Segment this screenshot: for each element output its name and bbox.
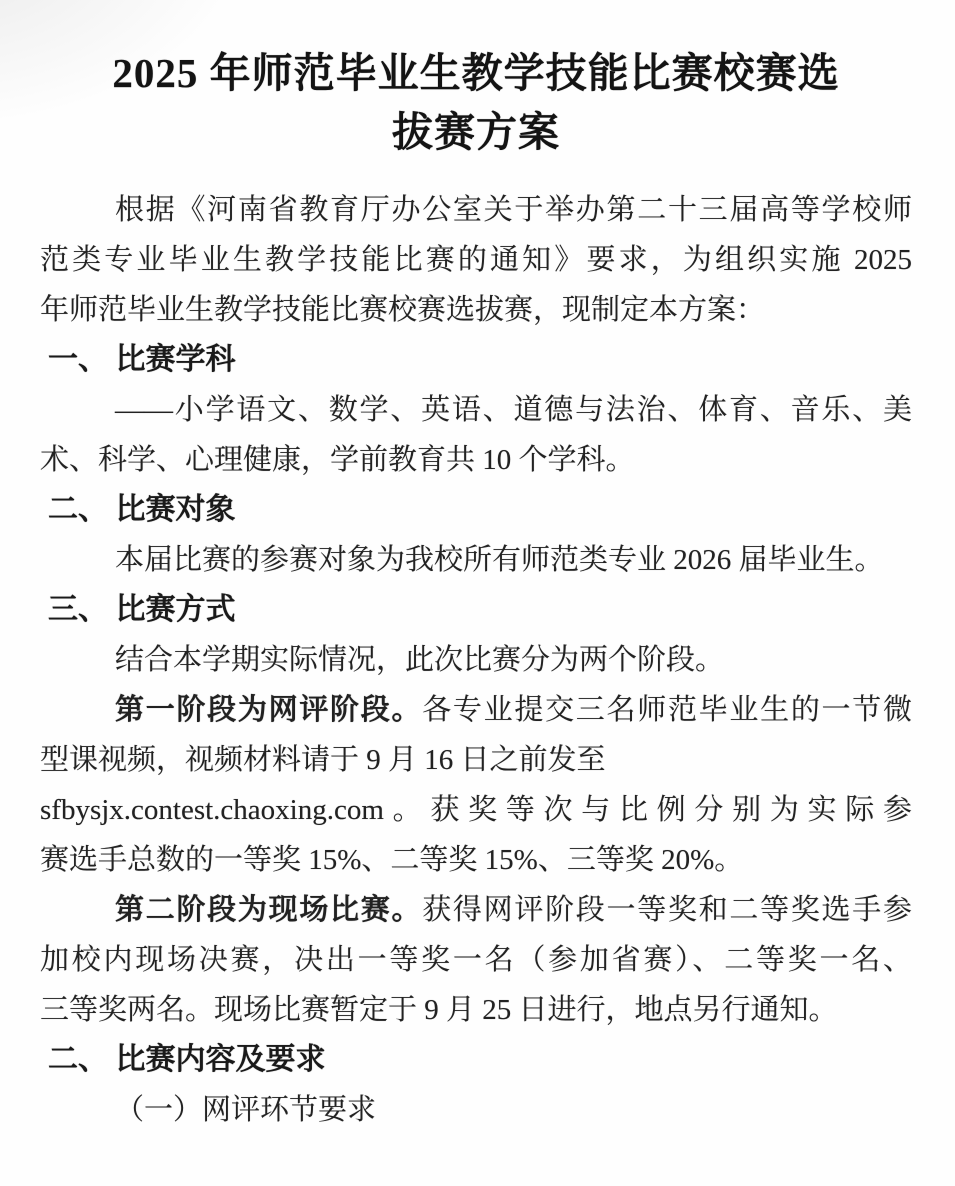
- text-run: 结合本学期实际情况，此次比赛分为两个阶段。: [115, 644, 724, 676]
- text-run: 二、 比赛对象: [48, 493, 236, 526]
- text-run: 二、 比赛内容及要求: [48, 1043, 326, 1076]
- text-run: 根据《河南省教育厅办公室关于举办第二十三届高等学校师: [115, 194, 912, 226]
- paragraph-line: 第一阶段为网评阶段。各专业提交三名师范毕业生的一节微: [40, 685, 912, 735]
- section-heading: 三、 比赛方式: [40, 585, 912, 635]
- paragraph-line: 赛选手总数的一等奖 15%、二等奖 15%、三等奖 20%。: [40, 835, 912, 885]
- text-run: 各专业提交三名师范毕业生的一节微: [422, 694, 912, 726]
- bold-text-run: 第一阶段为网评阶段。: [115, 694, 422, 726]
- document-body: 根据《河南省教育厅办公室关于举办第二十三届高等学校师范类专业毕业生教学技能比赛的…: [40, 185, 912, 1135]
- paragraph-line: 范类专业毕业生教学技能比赛的通知》要求，为组织实施 2025: [40, 235, 912, 285]
- text-run: ——小学语文、数学、英语、道德与法治、体育、音乐、美: [115, 394, 912, 426]
- text-run: 范类专业毕业生教学技能比赛的通知》要求，为组织实施 2025: [40, 244, 912, 276]
- paragraph-line: 第二阶段为现场比赛。获得网评阶段一等奖和二等奖选手参: [40, 885, 912, 935]
- bold-text-run: 第二阶段为现场比赛。: [115, 894, 422, 926]
- document-title: 2025 年师范毕业生教学技能比赛校赛选 拔赛方案: [40, 0, 912, 162]
- paragraph-line: 加校内现场决赛，决出一等奖一名（参加省赛）、二等奖一名、: [40, 935, 912, 985]
- text-run: 一、 比赛学科: [48, 343, 236, 376]
- text-run: 型课视频，视频材料请于 9 月 16 日之前发至: [40, 744, 606, 776]
- text-run: 本届比赛的参赛对象为我校所有师范类专业 2026 届毕业生。: [115, 544, 884, 576]
- text-run: （一）网评环节要求: [115, 1094, 376, 1126]
- text-run: sfbysjx.contest.chaoxing.com。获奖等次与比例分别为实…: [40, 794, 912, 826]
- text-run: 获得网评阶段一等奖和二等奖选手参: [422, 894, 912, 926]
- text-run: 加校内现场决赛，决出一等奖一名（参加省赛）、二等奖一名、: [40, 944, 912, 976]
- paragraph-line: 本届比赛的参赛对象为我校所有师范类专业 2026 届毕业生。: [40, 535, 912, 585]
- paragraph-line: ——小学语文、数学、英语、道德与法治、体育、音乐、美: [40, 385, 912, 435]
- paragraph-line: 术、科学、心理健康，学前教育共 10 个学科。: [40, 435, 912, 485]
- paragraph-line: （一）网评环节要求: [40, 1085, 912, 1135]
- paragraph-line: sfbysjx.contest.chaoxing.com。获奖等次与比例分别为实…: [40, 785, 912, 835]
- document-page: 2025 年师范毕业生教学技能比赛校赛选 拔赛方案 根据《河南省教育厅办公室关于…: [0, 0, 955, 1186]
- text-run: 三、 比赛方式: [48, 593, 236, 626]
- paragraph-line: 年师范毕业生教学技能比赛校赛选拔赛，现制定本方案：: [40, 285, 912, 335]
- section-heading: 一、 比赛学科: [40, 335, 912, 385]
- section-heading: 二、 比赛内容及要求: [40, 1035, 912, 1085]
- text-run: 术、科学、心理健康，学前教育共 10 个学科。: [40, 444, 635, 476]
- text-run: 三等奖两名。现场比赛暂定于 9 月 25 日进行，地点另行通知。: [40, 994, 838, 1026]
- text-run: 年师范毕业生教学技能比赛校赛选拔赛，现制定本方案：: [40, 294, 765, 326]
- document-title-line-2: 拔赛方案: [40, 103, 912, 162]
- section-heading: 二、 比赛对象: [40, 485, 912, 535]
- text-run: 赛选手总数的一等奖 15%、二等奖 15%、三等奖 20%。: [40, 844, 743, 876]
- paragraph-line: 型课视频，视频材料请于 9 月 16 日之前发至: [40, 735, 912, 785]
- document-title-line-1: 2025 年师范毕业生教学技能比赛校赛选: [40, 44, 912, 103]
- paragraph-line: 结合本学期实际情况，此次比赛分为两个阶段。: [40, 635, 912, 685]
- paragraph-line: 三等奖两名。现场比赛暂定于 9 月 25 日进行，地点另行通知。: [40, 985, 912, 1035]
- paragraph-line: 根据《河南省教育厅办公室关于举办第二十三届高等学校师: [40, 185, 912, 235]
